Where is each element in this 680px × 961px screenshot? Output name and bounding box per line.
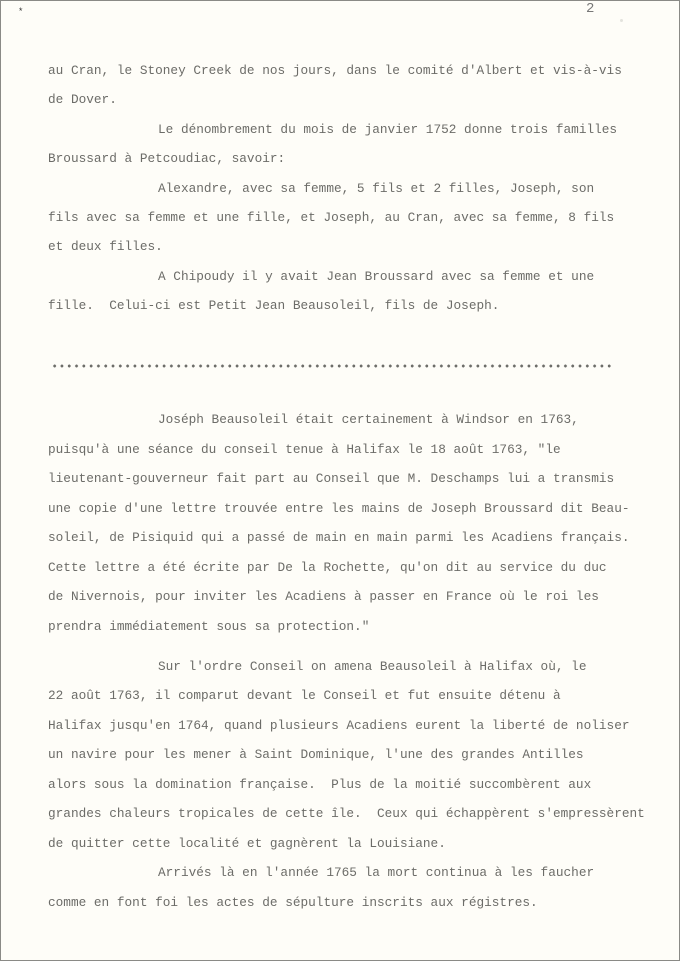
text-line: de Dover. — [48, 92, 117, 108]
text-line: de quitter cette localité et gagnèrent l… — [48, 836, 446, 852]
text-line: un navire pour les mener à Saint Dominiq… — [48, 747, 584, 763]
text-line: soleil, de Pisiquid qui a passé de main … — [48, 530, 630, 546]
text-line: A Chipoudy il y avait Jean Broussard ave… — [158, 269, 594, 285]
page-number: 2 — [586, 1, 594, 17]
paper-speck — [620, 19, 623, 22]
text-line: puisqu'à une séance du conseil tenue à H… — [48, 442, 561, 458]
text-line: 22 août 1763, il comparut devant le Cons… — [48, 688, 561, 704]
dotted-separator — [51, 364, 611, 368]
text-line: de Nivernois, pour inviter les Acadiens … — [48, 589, 599, 605]
text-line: Halifax jusqu'en 1764, quand plusieurs A… — [48, 718, 630, 734]
text-line: et deux filles. — [48, 239, 163, 255]
text-line: Broussard à Petcoudiac, savoir: — [48, 151, 285, 167]
text-line: alors sous la domination française. Plus… — [48, 777, 591, 793]
text-line: comme en font foi les actes de sépulture… — [48, 895, 538, 911]
typewritten-page: * 2 au Cran, le Stoney Creek de nos jour… — [0, 0, 680, 961]
text-line: prendra immédiatement sous sa protection… — [48, 619, 369, 635]
text-line: Joséph Beausoleil était certainement à W… — [158, 412, 579, 428]
text-line: au Cran, le Stoney Creek de nos jours, d… — [48, 63, 622, 79]
text-line: une copie d'une lettre trouvée entre les… — [48, 501, 630, 517]
text-line: Le dénombrement du mois de janvier 1752 … — [158, 122, 617, 138]
text-line: Sur l'ordre Conseil on amena Beausoleil … — [158, 659, 586, 675]
text-line: fils avec sa femme et une fille, et Jose… — [48, 210, 614, 226]
text-line: grandes chaleurs tropicales de cette île… — [48, 806, 645, 822]
text-line: lieutenant-gouverneur fait part au Conse… — [48, 471, 614, 487]
text-line: Alexandre, avec sa femme, 5 fils et 2 fi… — [158, 181, 594, 197]
text-line: Cette lettre a été écrite par De la Roch… — [48, 560, 607, 576]
corner-mark: * — [18, 8, 23, 17]
text-line: fille. Celui-ci est Petit Jean Beausolei… — [48, 298, 499, 314]
text-line: Arrivés là en l'année 1765 la mort conti… — [158, 865, 594, 881]
